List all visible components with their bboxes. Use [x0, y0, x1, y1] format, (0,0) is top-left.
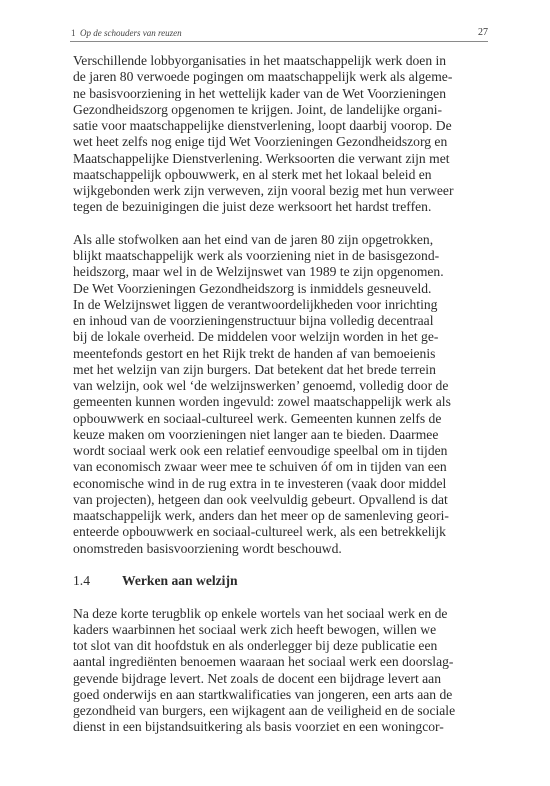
text-line: met het welzijn van zijn burgers. Dat be… [73, 362, 493, 378]
text-line: opbouwwerk en sociaal-cultureel werk. Ge… [73, 411, 493, 427]
text-line: De Wet Voorzieningen Gezondheidszorg is … [73, 281, 493, 297]
text-line: dienst in een bijstandsuitkering als bas… [73, 719, 493, 735]
text-line: satie voor maatschappelijke dienstverlen… [73, 118, 493, 134]
paragraph-gap [73, 589, 493, 605]
text-line: onomstreden basisvoorziening wordt besch… [73, 541, 493, 557]
text-line: van projecten), hetgeen dan ook veelvuld… [73, 492, 493, 508]
section-title: Werken aan welzijn [122, 573, 238, 589]
paragraph-gap [73, 557, 493, 573]
text-line: wordt sociaal werk ook een relatief eenv… [73, 443, 493, 459]
text-line: maatschappelijk werk, anders dan het mee… [73, 508, 493, 524]
book-page: 1 Op de schouders van reuzen 27 Verschil… [0, 0, 550, 786]
text-line: Als alle stofwolken aan het eind van de … [73, 232, 493, 248]
paragraph-gap [73, 216, 493, 232]
paragraph-2: Als alle stofwolken aan het eind van de … [73, 232, 493, 557]
text-line: In de Welzijnswet liggen de verantwoorde… [73, 297, 493, 313]
text-line: bij de lokale overheid. De middelen voor… [73, 329, 493, 345]
text-line: blijkt maatschappelijk werk als voorzien… [73, 248, 493, 264]
text-line: tot slot van dit hoofdstuk en als onderl… [73, 638, 493, 654]
text-line: ne basisvoorziening in het wettelijk kad… [73, 86, 493, 102]
chapter-number: 1 [71, 28, 76, 38]
paragraph-3: Na deze korte terugblik op enkele wortel… [73, 606, 493, 736]
text-line: van economisch zwaar weer mee te schuive… [73, 459, 493, 475]
chapter-title: Op de schouders van reuzen [80, 28, 182, 38]
body-text: Verschillende lobbyorganisaties in het m… [73, 53, 493, 736]
header-rule [70, 41, 488, 42]
text-line: wet heet zelfs nog enige tijd Wet Voorzi… [73, 134, 493, 150]
text-line: heidszorg, maar wel in de Welzijnswet va… [73, 264, 493, 280]
text-line: maatschappelijk opbouwwerk, en al sterk … [73, 167, 493, 183]
text-line: gevende bijdrage levert. Net zoals de do… [73, 671, 493, 687]
section-number: 1.4 [73, 573, 90, 589]
text-line: gezondheid van burgers, een wijkagent aa… [73, 703, 493, 719]
text-line: Verschillende lobbyorganisaties in het m… [73, 53, 493, 69]
paragraph-1: Verschillende lobbyorganisaties in het m… [73, 53, 493, 216]
running-head: 1 Op de schouders van reuzen 27 [71, 26, 488, 42]
text-line: van welzijn, ook wel ‘de welzijnswerken’… [73, 378, 493, 394]
page-number: 27 [478, 27, 488, 38]
text-line: meentefonds gestort en het Rijk trekt de… [73, 346, 493, 362]
text-line: keuze maken om voorzieningen niet langer… [73, 427, 493, 443]
text-line: gemeenten kunnen worden ingevuld: zowel … [73, 394, 493, 410]
text-line: aantal ingrediënten benoemen waaraan het… [73, 654, 493, 670]
text-line: en inhoud van de voorzieningenstructuur … [73, 313, 493, 329]
text-line: enteerde opbouwwerk en sociaal-cultureel… [73, 524, 493, 540]
text-line: wijkgebonden werk zijn verweven, zijn vo… [73, 183, 493, 199]
text-line: Na deze korte terugblik op enkele wortel… [73, 606, 493, 622]
text-line: tegen de bezuinigingen die juist deze we… [73, 199, 493, 215]
text-line: economische wind in de rug extra in te i… [73, 476, 493, 492]
text-line: Gezondheidszorg opgenomen te krijgen. Jo… [73, 102, 493, 118]
text-line: de jaren 80 verwoede pogingen om maatsch… [73, 69, 493, 85]
text-line: Maatschappelijke Dienstverlening. Werkso… [73, 151, 493, 167]
text-line: goed onderwijs en aan startkwalificaties… [73, 687, 493, 703]
text-line: kaders waarbinnen het sociaal werk zich … [73, 622, 493, 638]
section-heading: 1.4 Werken aan welzijn [73, 573, 493, 589]
